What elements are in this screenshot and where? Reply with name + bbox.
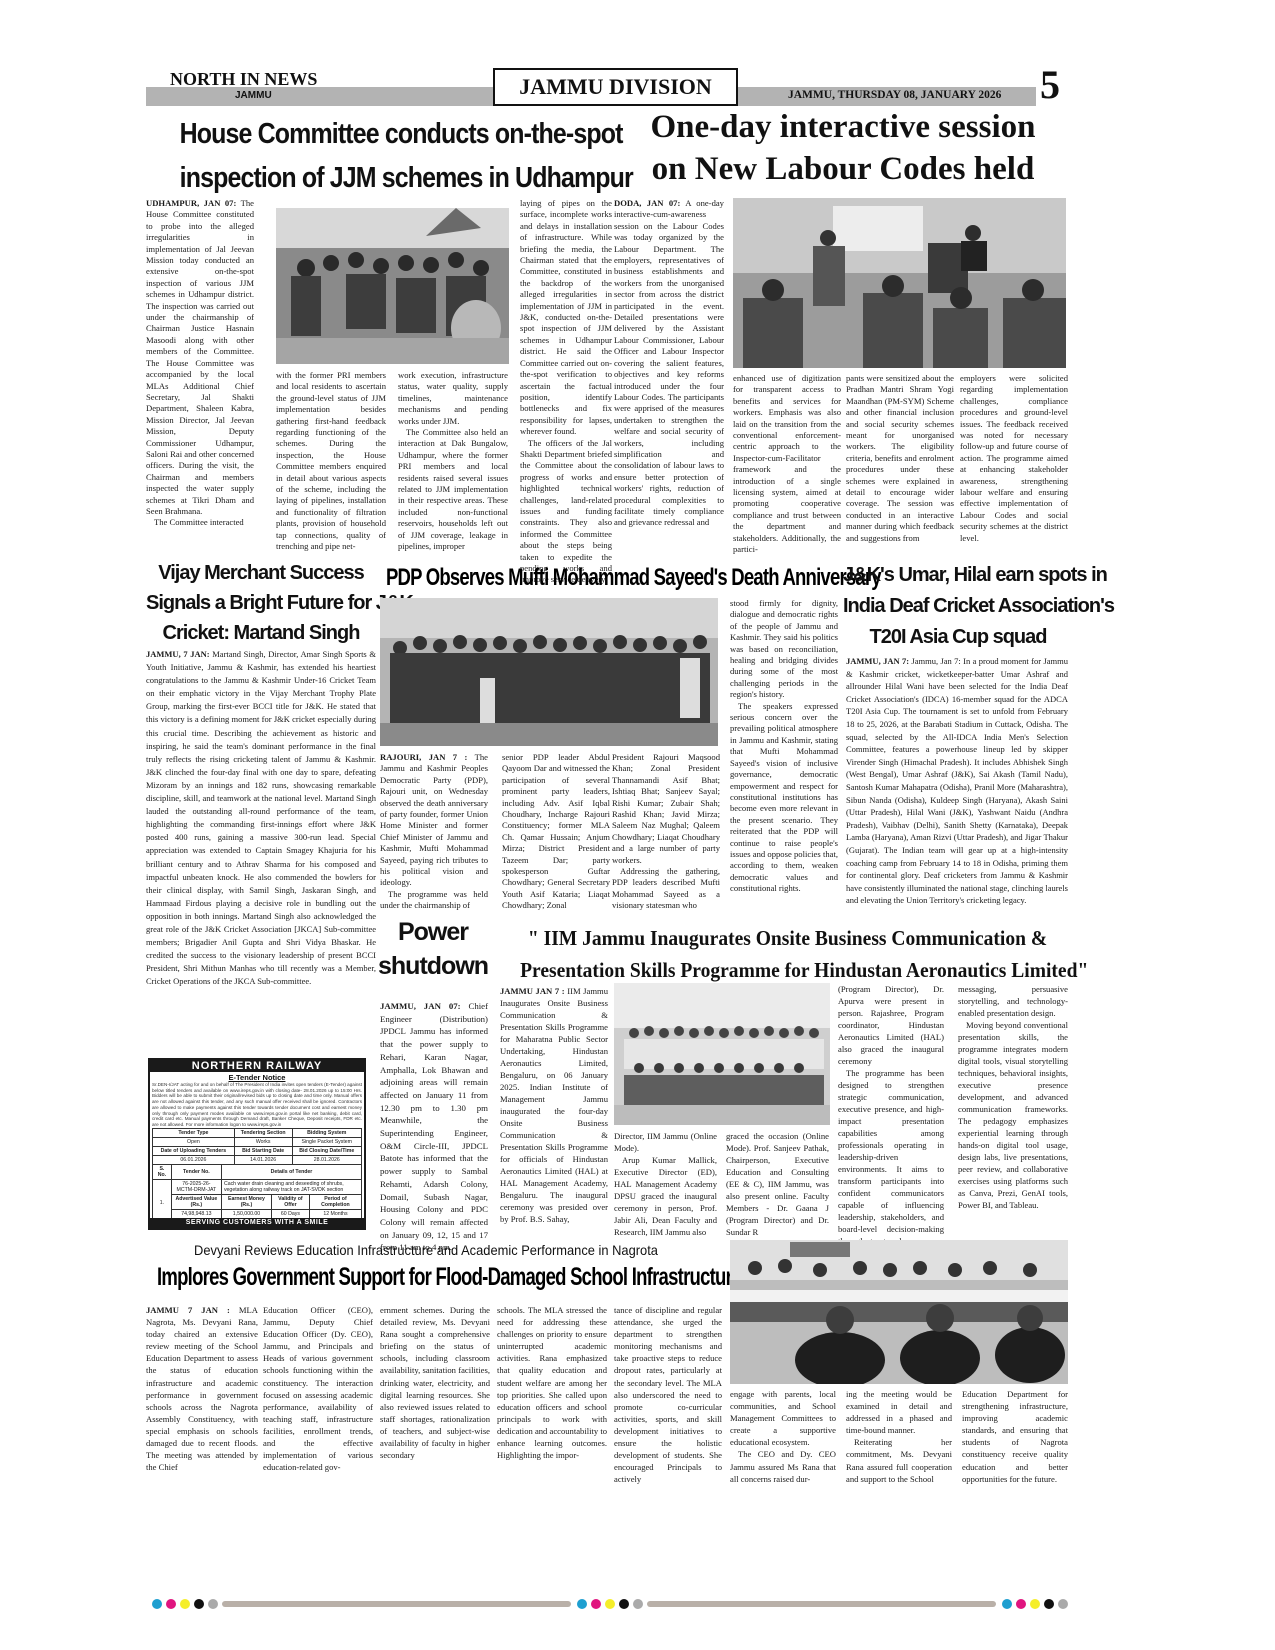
- nagrota-text: MLA Nagrota, Ms. Devyani Rana, today cha…: [146, 1305, 258, 1472]
- nagrota-col-2: Education Officer (CEO), Jammu, Deputy C…: [263, 1304, 373, 1473]
- iim-text: messaging, persuasive storytelling, and …: [958, 983, 1068, 1019]
- iim-text: graced the occasion (Online Mode). Prof.…: [726, 1130, 829, 1238]
- deaf-headline-line3: T20I Asia Cup squad: [843, 622, 1073, 653]
- group-photo-icon: [380, 598, 718, 746]
- iim-headline-line1: " IIM Jammu Inaugurates Onsite Business …: [520, 922, 1055, 954]
- ad-body: Sr.DEN-I/JAT acting for and on behalf of…: [152, 1082, 362, 1128]
- jjm-headline-line1: House Committee conducts on-the-spot: [180, 112, 569, 156]
- edition-label: JAMMU: [235, 90, 272, 101]
- pdp-text: The Jammu and Kashmir Peoples Democratic…: [380, 752, 488, 887]
- black-dot-icon: [1044, 1599, 1054, 1609]
- deaf-headline-line2: India Deaf Cricket Association's: [843, 591, 1073, 622]
- jjm-text: The House Committee constituted to probe…: [146, 198, 254, 516]
- jjm-text: The Committee also held an interaction a…: [398, 427, 508, 552]
- nagrota-col-5: tance of discipline and regular attendan…: [614, 1304, 722, 1485]
- iim-text: IIM Jammu Inaugurates Onsite Business Co…: [500, 986, 608, 1224]
- details-value: Cach water drain cleaning and deseeding …: [221, 1179, 361, 1194]
- jjm-col-3: work execution, infrastructure status, w…: [398, 370, 508, 553]
- pdp-text: Addressing the gathering, PDP leaders de…: [612, 866, 720, 912]
- iim-col-5: messaging, persuasive storytelling, and …: [958, 983, 1068, 1211]
- nagrota-text: tance of discipline and regular attendan…: [614, 1304, 722, 1485]
- details-header: Details of Tender: [221, 1164, 361, 1179]
- print-marks: [152, 1598, 1072, 1610]
- advertised-value: 74,98,948.13: [171, 1209, 221, 1218]
- bidding-system-value: Single Packet System: [292, 1137, 361, 1146]
- labour-headline-line2: on New Labour Codes held: [618, 148, 1068, 190]
- iim-col-4: (Program Director), Dr. Apurva were pres…: [838, 983, 944, 1247]
- power-text: Chief Engineer (Distribution) JPDCL Jamm…: [380, 1001, 488, 1252]
- jjm-col-1: UDHAMPUR, JAN 07: The House Committee co…: [146, 198, 254, 529]
- pdp-photo: [380, 598, 718, 746]
- jjm-headline-line2: inspection of JJM schemes in Udhampur: [180, 156, 569, 200]
- nagrota-text: Education Department for strengthening i…: [962, 1388, 1068, 1485]
- registration-bar: [647, 1601, 996, 1607]
- tendering-section-header: Tendering Section: [234, 1128, 292, 1137]
- cricket-headline-line1: Vijay Merchant Success: [146, 558, 376, 588]
- tender-details-table: S. No. Tender No. Details of Tender 1. 7…: [152, 1164, 362, 1218]
- deaf-text: Jammu, Jan 7: In a proud moment for Jamm…: [846, 656, 1068, 905]
- labour-col-1: DODA, JAN 07: A one-day interactive-cum-…: [614, 198, 724, 529]
- nagrota-col-1: JAMMU 7 JAN : MLA Nagrota, Ms. Devyani R…: [146, 1304, 258, 1473]
- sno-header: S. No.: [153, 1164, 172, 1179]
- meeting-photo-icon: [730, 1240, 1068, 1384]
- gray-dot-icon: [633, 1599, 643, 1609]
- nagrota-text: Education Officer (CEO), Jammu, Deputy C…: [263, 1304, 373, 1473]
- power-dateline: JAMMU, JAN 07:: [380, 1001, 461, 1011]
- validity-value: 60 Days: [271, 1209, 309, 1218]
- labour-text: pants were sensitized about the Pradhan …: [846, 373, 954, 544]
- pdp-dateline: RAJOURI, JAN 7 :: [380, 752, 467, 762]
- pdp-col-2: senior PDP leader Abdul Qayoom Dar and w…: [502, 752, 610, 912]
- nagrota-text: schools. The MLA stressed the need for a…: [497, 1304, 607, 1461]
- pdp-text: senior PDP leader Abdul Qayoom Dar and w…: [502, 752, 610, 912]
- deaf-headline-line1: J&K's Umar, Hilal earn spots in: [843, 560, 1073, 591]
- advertised-value-header: Advertised Value (Rs.): [171, 1194, 221, 1209]
- nagrota-text: engage with parents, local communities, …: [730, 1388, 836, 1448]
- nagrota-text: The CEO and Dy. CEO Jammu assured Ms Ran…: [730, 1448, 836, 1484]
- nagrota-col-8: Education Department for strengthening i…: [962, 1388, 1068, 1485]
- iim-dateline: JAMMU JAN 7 :: [500, 986, 565, 996]
- jjm-col-2: with the former PRI members and local re…: [276, 370, 386, 553]
- labour-text: A one-day interactive-cum-awareness sess…: [614, 198, 724, 527]
- yellow-dot-icon: [1030, 1599, 1040, 1609]
- tender-no-value: 76-2025-26-MCTM-DRM-JAT: [171, 1179, 221, 1194]
- earnest-money-value: 1,50,000.00: [221, 1209, 271, 1218]
- yellow-dot-icon: [180, 1599, 190, 1609]
- nagrota-photo: [730, 1240, 1068, 1384]
- jjm-text: The Committee interacted: [146, 517, 254, 528]
- tender-table: Tender Type Tendering Section Bidding Sy…: [152, 1128, 362, 1165]
- magenta-dot-icon: [1016, 1599, 1026, 1609]
- cyan-dot-icon: [577, 1599, 587, 1609]
- paper-name: NORTH IN NEWS: [170, 69, 317, 90]
- cricket-text: Martand Singh, Director, Amar Singh Spor…: [146, 649, 376, 986]
- cricket-headline-line2: Signals a Bright Future for J&K: [146, 588, 376, 618]
- upload-date-header: Date of Uploading Tenders: [153, 1146, 235, 1155]
- cricket-body: JAMMU, 7 JAN: Martand Singh, Director, A…: [146, 648, 376, 988]
- iim-text: Moving beyond conventional presentation …: [958, 1019, 1068, 1211]
- iim-text: The programme has been designed to stren…: [838, 1067, 944, 1247]
- cricket-headline: Vijay Merchant Success Signals a Bright …: [146, 558, 376, 648]
- labour-col-3: pants were sensitized about the Pradhan …: [846, 373, 954, 544]
- pdp-text: stood firmly for dignity, dialogue and d…: [730, 598, 838, 701]
- jjm-col-4: laying of pipes on the surface, incomple…: [520, 198, 612, 586]
- nagrota-text: ernment schemes. During the detailed rev…: [380, 1304, 490, 1461]
- labour-col-2: enhanced use of digitization for transpa…: [733, 373, 841, 556]
- labour-headline-line1: One-day interactive session: [618, 106, 1068, 148]
- nagrota-col-4: schools. The MLA stressed the need for a…: [497, 1304, 607, 1461]
- iim-text: (Program Director), Dr. Apurva were pres…: [838, 983, 944, 1067]
- tender-type-header: Tender Type: [153, 1128, 235, 1137]
- bid-start-header: Bid Starting Date: [234, 1146, 292, 1155]
- nagrota-dateline: JAMMU 7 JAN :: [146, 1305, 230, 1315]
- magenta-dot-icon: [166, 1599, 176, 1609]
- deaf-dateline: JAMMU, JAN 7:: [846, 656, 909, 666]
- ad-org: NORTHERN RAILWAY: [150, 1060, 364, 1072]
- pdp-text: President Rajouri Maqsood Khan; Zonal Pr…: [612, 752, 720, 866]
- gray-dot-icon: [208, 1599, 218, 1609]
- labour-col-4: employers were solicited regarding imple…: [960, 373, 1068, 544]
- group-photo-icon: [614, 983, 830, 1125]
- iim-col-1: JAMMU JAN 7 : IIM Jammu Inaugurates Onsi…: [500, 985, 608, 1225]
- jjm-text: laying of pipes on the surface, incomple…: [520, 198, 612, 438]
- ad-content: E-Tender Notice Sr.DEN-I/JAT acting for …: [150, 1072, 364, 1218]
- registration-bar: [222, 1601, 571, 1607]
- completion-header: Period of Completion: [309, 1194, 361, 1209]
- labour-dateline: DODA, JAN 07:: [614, 198, 680, 208]
- pdp-text: The speakers expressed serious concern o…: [730, 701, 838, 895]
- pdp-col-1: RAJOURI, JAN 7 : The Jammu and Kashmir P…: [380, 752, 488, 912]
- nagrota-headline: Implores Government Support for Flood-Da…: [157, 1262, 742, 1292]
- pdp-col-4: stood firmly for dignity, dialogue and d…: [730, 598, 838, 895]
- ad-title: E-Tender Notice: [152, 1073, 362, 1082]
- power-headline-line2: shutdown: [378, 949, 488, 983]
- cricket-headline-line3: Cricket: Martand Singh: [146, 618, 376, 648]
- nagrota-text: Reiterating her commitment, Ms. Devyani …: [846, 1436, 952, 1484]
- labour-text: employers were solicited regarding imple…: [960, 373, 1068, 544]
- jjm-photo: [276, 208, 509, 364]
- pdp-headline: PDP Observes Mufti Mohammad Sayeed's Dea…: [386, 564, 881, 592]
- labour-headline: One-day interactive session on New Labou…: [618, 106, 1068, 190]
- section-title: JAMMU DIVISION: [493, 68, 738, 106]
- labour-text: enhanced use of digitization for transpa…: [733, 373, 841, 556]
- deaf-cricket-body: JAMMU, JAN 7: Jammu, Jan 7: In a proud m…: [846, 655, 1068, 907]
- nagrota-col-3: ernment schemes. During the detailed rev…: [380, 1304, 490, 1461]
- nagrota-col-7: ing the meeting would be examined in det…: [846, 1388, 952, 1485]
- tender-type-value: Open: [153, 1137, 235, 1146]
- iim-headline-line2: Presentation Skills Programme for Hindus…: [520, 954, 1055, 986]
- sno-value: 1.: [153, 1179, 172, 1218]
- crowd-photo-icon: [276, 208, 509, 364]
- nagrota-text: ing the meeting would be examined in det…: [846, 1388, 952, 1436]
- iim-photo: [614, 983, 830, 1125]
- jjm-dateline: UDHAMPUR, JAN 07:: [146, 198, 236, 208]
- bidding-system-header: Bidding System: [292, 1128, 361, 1137]
- page-number: 5: [1040, 62, 1060, 108]
- power-body: JAMMU, JAN 07: Chief Engineer (Distribut…: [380, 1000, 488, 1254]
- deaf-cricket-headline: J&K's Umar, Hilal earn spots in India De…: [843, 560, 1073, 653]
- iim-col-3: graced the occasion (Online Mode). Prof.…: [726, 1130, 829, 1238]
- iim-text: Arup Kumar Mallick, Executive Director (…: [614, 1154, 717, 1238]
- bid-close-header: Bid Closing Date/Time: [292, 1146, 361, 1155]
- iim-headline: " IIM Jammu Inaugurates Onsite Business …: [520, 922, 1055, 986]
- cyan-dot-icon: [1002, 1599, 1012, 1609]
- ad-footer: SERVING CUSTOMERS WITH A SMILE: [150, 1218, 364, 1228]
- black-dot-icon: [619, 1599, 629, 1609]
- magenta-dot-icon: [591, 1599, 601, 1609]
- jjm-text: with the former PRI members and local re…: [276, 370, 386, 553]
- pdp-col-3: President Rajouri Maqsood Khan; Zonal Pr…: [612, 752, 720, 912]
- black-dot-icon: [194, 1599, 204, 1609]
- jjm-text: work execution, infrastructure status, w…: [398, 370, 508, 427]
- earnest-money-header: Earnest Money (Rs.): [221, 1194, 271, 1209]
- iim-text: Director, IIM Jammu (Online Mode).: [614, 1130, 717, 1154]
- iim-col-2: Director, IIM Jammu (Online Mode). Arup …: [614, 1130, 717, 1238]
- tendering-section-value: Works: [234, 1137, 292, 1146]
- gray-dot-icon: [1058, 1599, 1068, 1609]
- nagrota-kicker: Devyani Reviews Education Infrastructure…: [168, 1240, 683, 1260]
- labour-photo: [733, 198, 1066, 368]
- yellow-dot-icon: [605, 1599, 615, 1609]
- completion-value: 12 Months: [309, 1209, 361, 1218]
- cyan-dot-icon: [152, 1599, 162, 1609]
- power-headline: Power shutdown: [378, 915, 488, 983]
- pdp-text: The programme was held under the chairma…: [380, 889, 488, 912]
- power-headline-line1: Power: [378, 915, 488, 949]
- date-line: JAMMU, THURSDAY 08, JANUARY 2026: [788, 89, 1001, 101]
- cricket-dateline: JAMMU, 7 JAN:: [146, 649, 210, 659]
- validity-header: Validity of Offer: [271, 1194, 309, 1209]
- jjm-headline: House Committee conducts on-the-spot ins…: [180, 112, 569, 200]
- railway-tender-ad: NORTHERN RAILWAY E-Tender Notice Sr.DEN-…: [148, 1058, 366, 1230]
- tender-no-header: Tender No.: [171, 1164, 221, 1179]
- nagrota-col-6: engage with parents, local communities, …: [730, 1388, 836, 1485]
- seminar-photo-icon: [733, 198, 1066, 368]
